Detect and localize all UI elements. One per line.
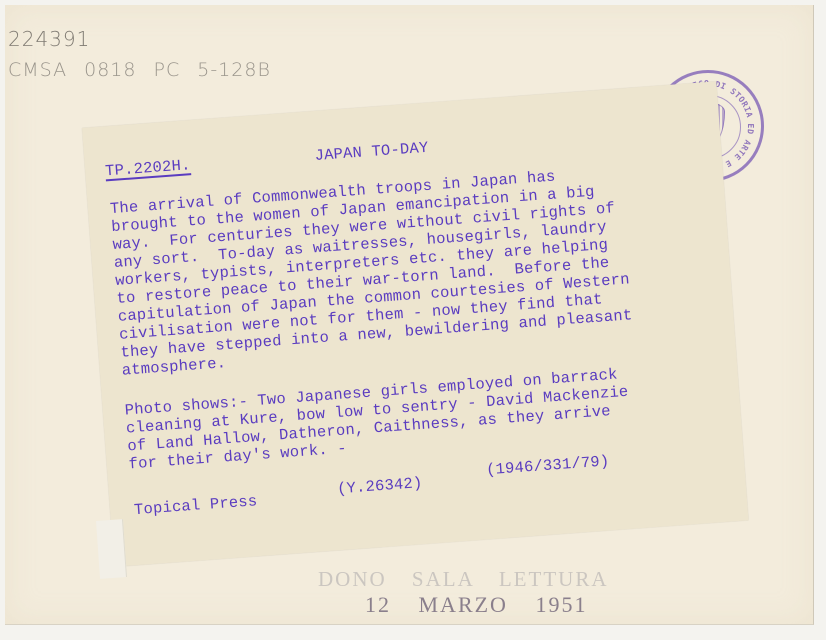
negative-number: (Y.26342) (336, 474, 423, 498)
agency-credit: Topical Press (133, 492, 258, 519)
handwritten-inventory-number: 224391 (8, 27, 90, 51)
archive-number: (1946/331/79) (485, 452, 610, 479)
reference-number: TP.2202H. (105, 156, 192, 180)
typed-caption-label: TP.2202H. JAPAN TO-DAY The arrival of Co… (82, 81, 749, 566)
torn-label-corner (96, 519, 127, 579)
date-stamp: 12 MARZO 1951 (365, 592, 587, 618)
caption-title: JAPAN TO-DAY (314, 139, 429, 165)
donation-stamp: DONO SALA LETTURA (318, 567, 609, 592)
handwritten-catalog-code: CMSA 0818 PC 5-128B (8, 59, 271, 81)
